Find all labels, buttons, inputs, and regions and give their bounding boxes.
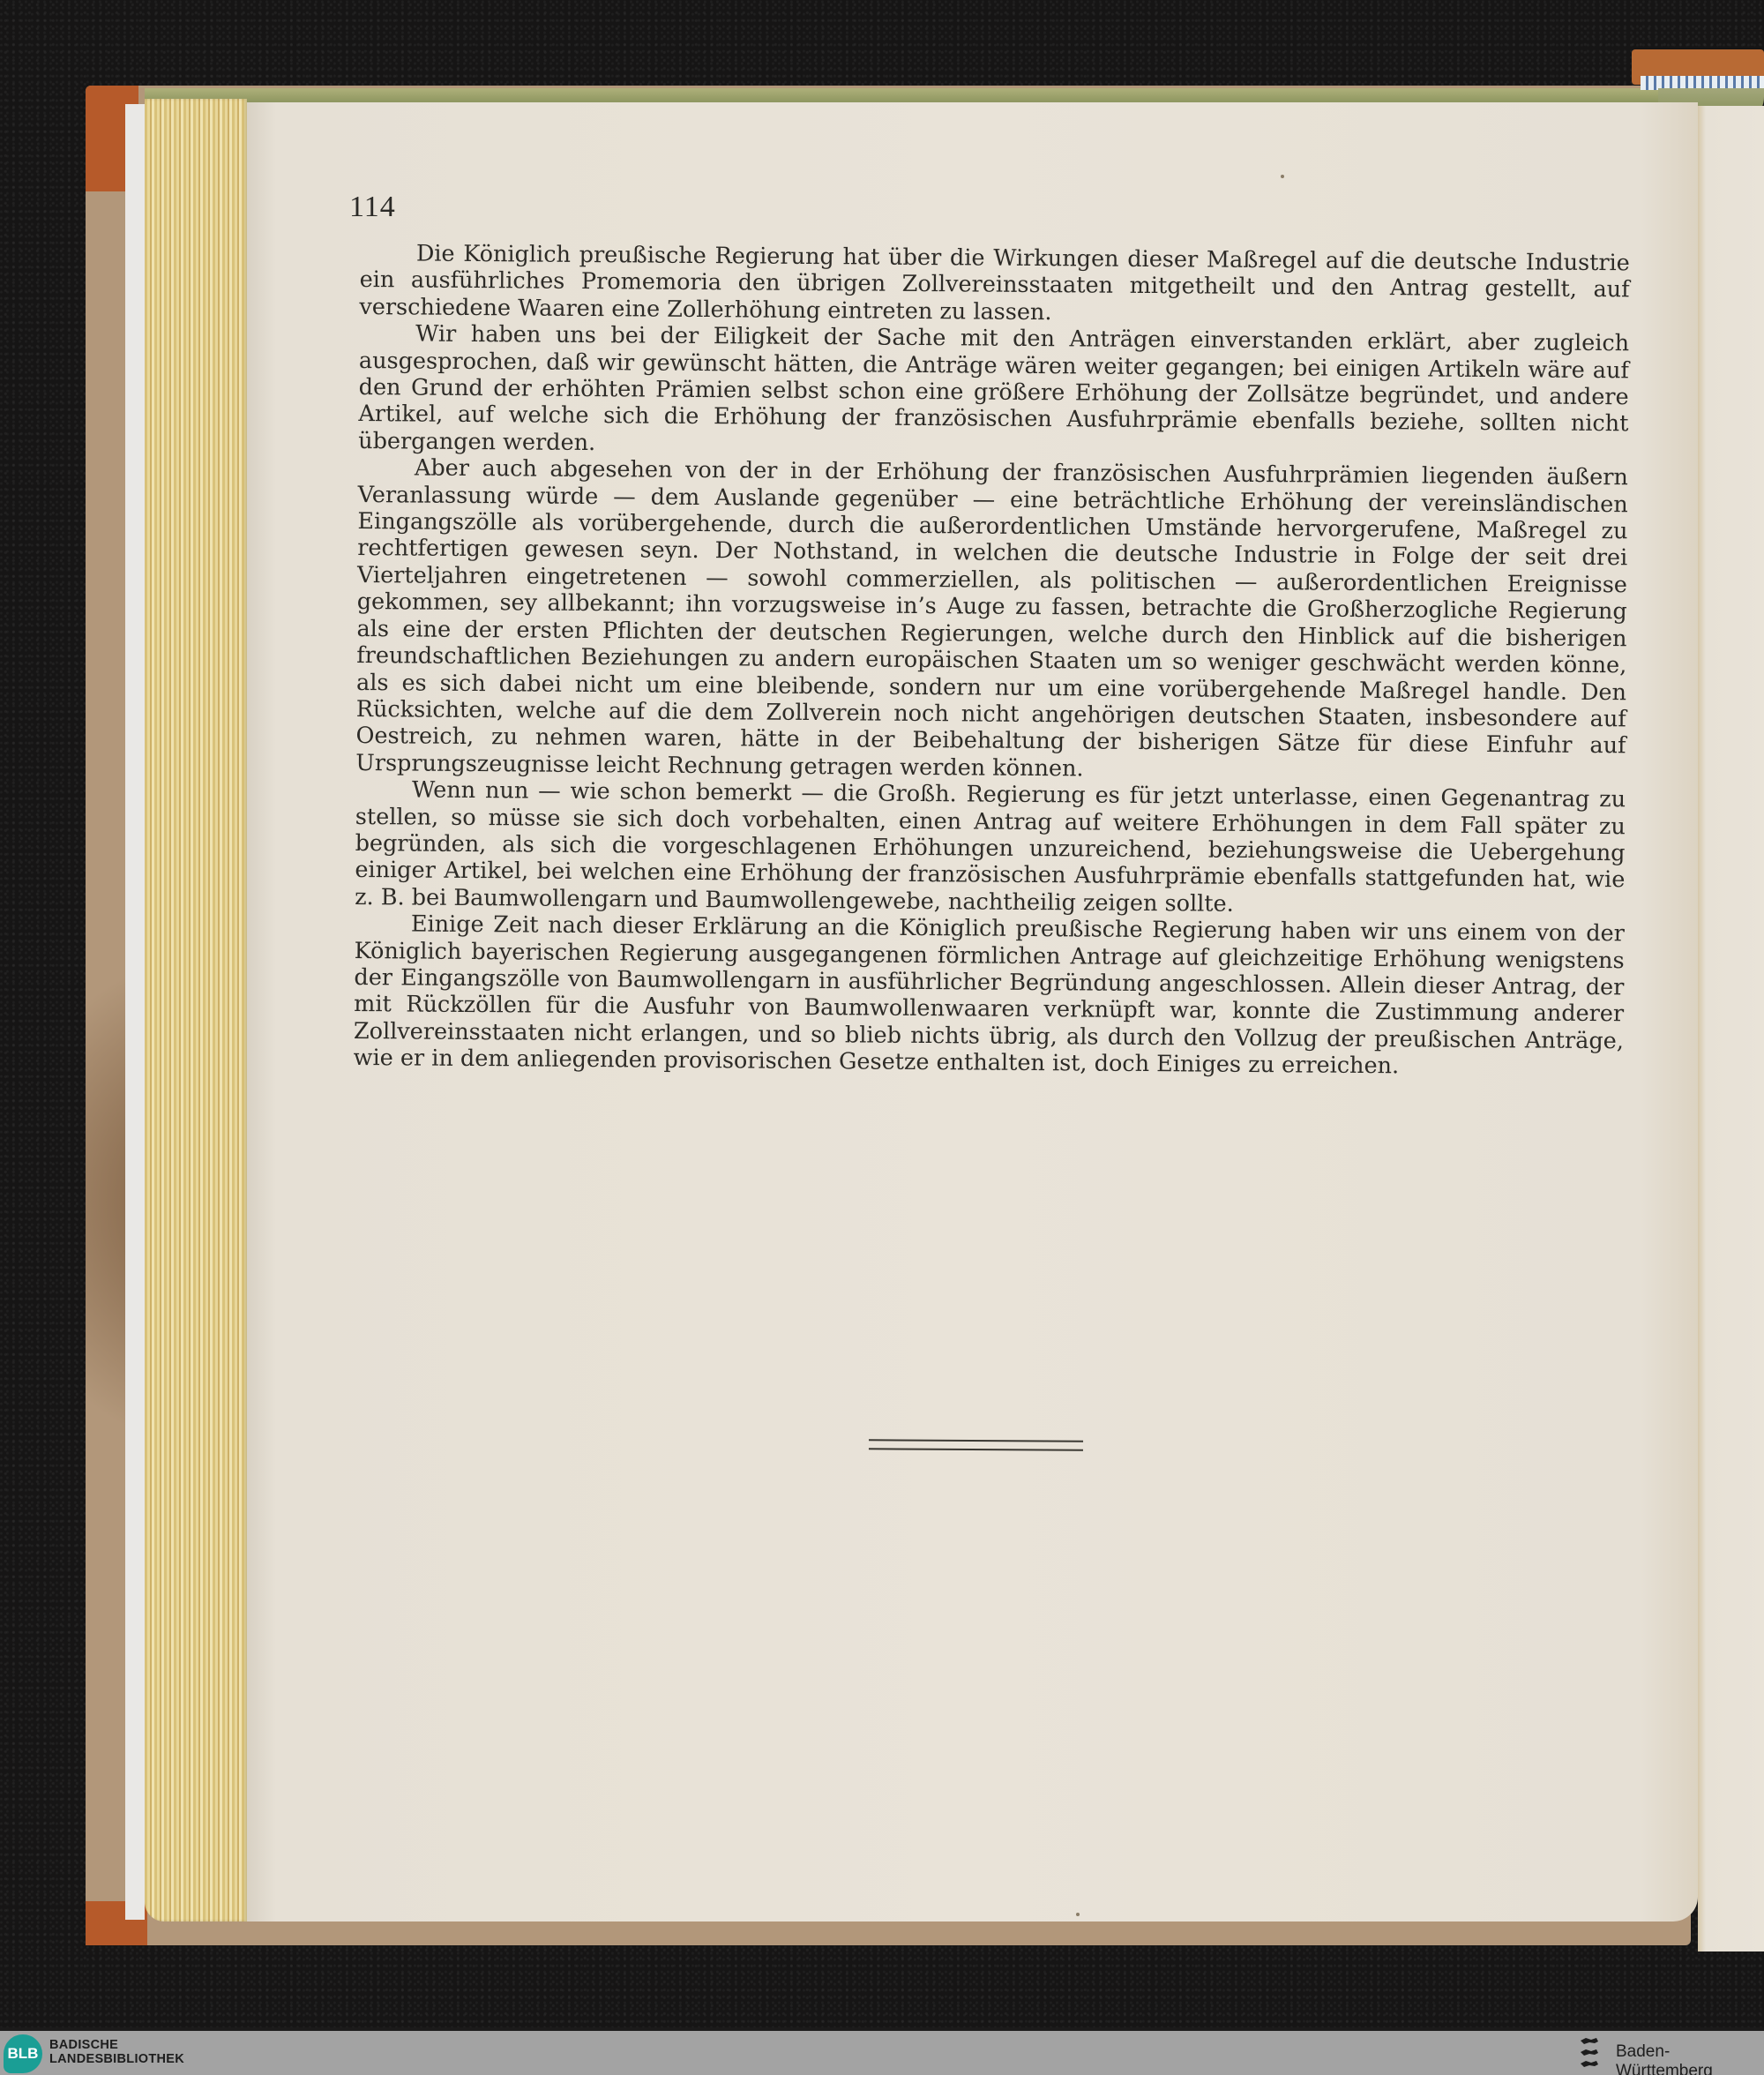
library-name-line2: LANDESBIBLIOTHEK — [49, 2052, 184, 2066]
page-number: 114 — [349, 191, 396, 224]
endpaper-strip — [125, 104, 145, 1920]
paragraph: Die Königlich preußische Regierung hat ü… — [359, 240, 1630, 331]
facing-page — [1698, 106, 1764, 1951]
paper-speck — [1076, 1913, 1080, 1916]
page-top-edge — [145, 88, 1706, 102]
library-name-line1: BADISCHE — [49, 2038, 184, 2052]
page-stack-edge — [145, 99, 247, 1921]
blb-logo-icon[interactable]: BLB — [4, 2034, 42, 2073]
viewer-footer: BLB BADISCHE LANDESBIBLIOTHEK Baden-Würt… — [0, 2031, 1764, 2075]
section-divider-rule — [869, 1439, 1083, 1450]
library-name[interactable]: BADISCHE LANDESBIBLIOTHEK — [49, 2038, 184, 2066]
paragraph: Einige Zeit nach dieser Erklärung an die… — [354, 910, 1625, 1082]
paragraph: Wir haben uns bei der Eiligkeit der Sach… — [358, 320, 1629, 464]
paper-speck — [1281, 175, 1284, 178]
three-lions-crest-icon — [1579, 2036, 1600, 2071]
body-text: Die Königlich preußische Regierung hat ü… — [354, 240, 1630, 1082]
paragraph: Wenn nun — wie schon bemerkt — die Großh… — [355, 776, 1626, 920]
state-name[interactable]: Baden-Württemberg — [1616, 2042, 1764, 2075]
paragraph: Aber auch abgesehen von der in der Erhöh… — [355, 454, 1628, 786]
